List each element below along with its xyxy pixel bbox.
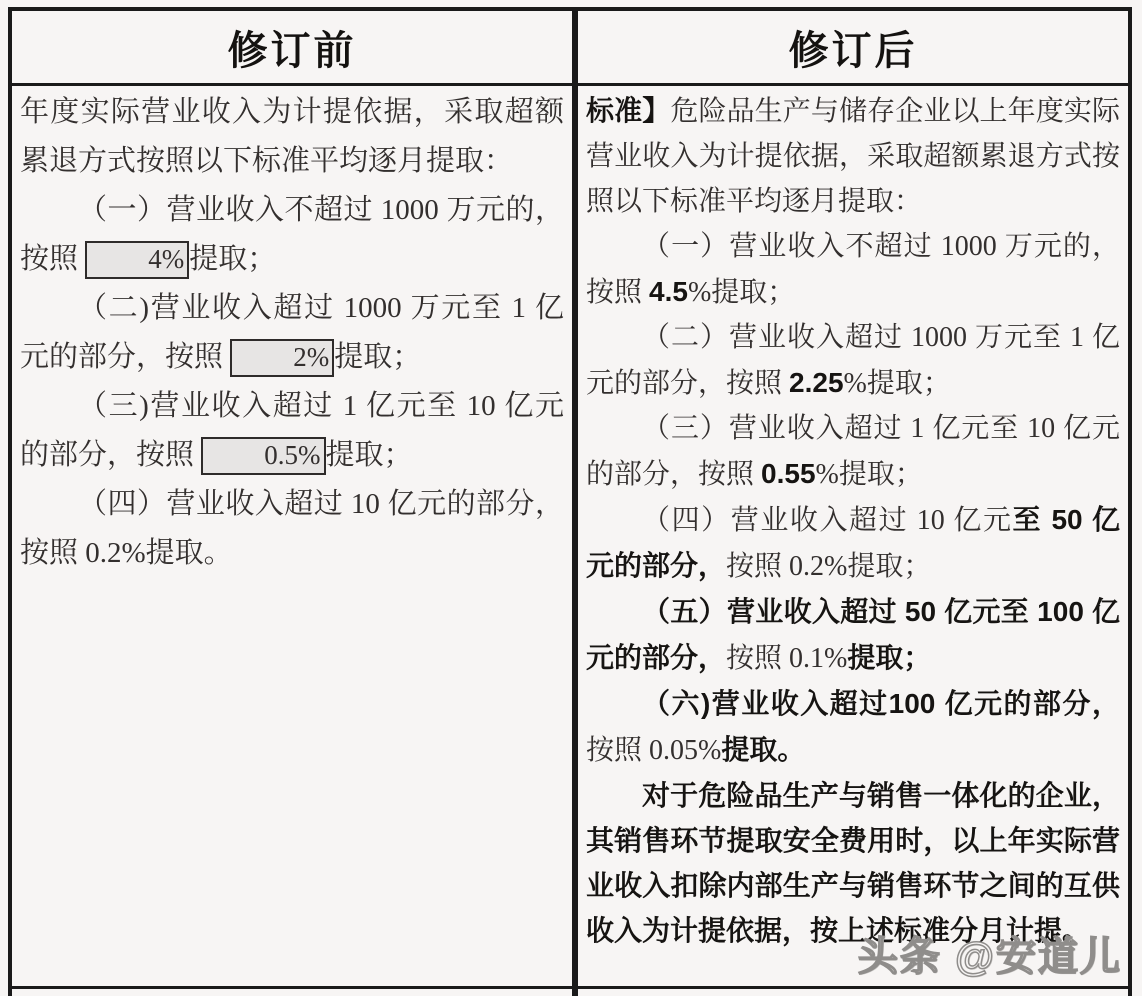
revision-comparison-table: 修订前 修订后 年度实际营业收入为计提依据，采取超额累退方式按照以下标准平均逐月… bbox=[8, 7, 1132, 996]
after-tier-1: （一）营业收入不超过 1000 万元的，按照 4.5%提取； bbox=[586, 224, 1120, 315]
table-header-row: 修订前 修订后 bbox=[12, 11, 1128, 86]
column-header-after: 修订后 bbox=[578, 11, 1128, 83]
after-tier-6-text: 按照 0.05% bbox=[586, 735, 721, 766]
after-tier-2-new-rate: 2.25 bbox=[789, 367, 844, 398]
after-tier-5: （五）营业收入超过 50 亿元至 100 亿元的部分，按照 0.1%提取； bbox=[586, 589, 1120, 681]
after-intro-paragraph: 标准】危险品生产与储存企业以上年度实际营业收入为计提依据，采取超额累退方式按照以… bbox=[586, 88, 1120, 224]
after-tier-4-suffix: 按照 0.2%提取； bbox=[726, 551, 931, 582]
after-tier-2: （二）营业收入超过 1000 万元至 1 亿元的部分，按照 2.25%提取； bbox=[586, 315, 1120, 406]
after-tier-1-suffix: %提取； bbox=[688, 277, 795, 308]
table-body-row: 年度实际营业收入为计提依据，采取超额累退方式按照以下标准平均逐月提取： （一）营… bbox=[12, 86, 1128, 989]
after-tier-4-text: （四）营业收入超过 10 亿元 bbox=[642, 505, 1013, 536]
before-tier-3-suffix: 提取； bbox=[326, 439, 413, 471]
next-row-sliver bbox=[12, 989, 1128, 996]
after-tier-5-text: 按照 0.1% bbox=[726, 643, 847, 674]
column-header-before: 修订前 bbox=[12, 11, 572, 83]
toutiao-watermark: 头条 @安道儿 bbox=[858, 925, 1122, 982]
after-tier-6: （六)营业收入超过100 亿元的部分，按照 0.05%提取。 bbox=[586, 681, 1120, 773]
before-tier-1: （一）营业收入不超过 1000 万元的，按照 4%提取； bbox=[20, 186, 564, 284]
before-intro-paragraph: 年度实际营业收入为计提依据，采取超额累退方式按照以下标准平均逐月提取： bbox=[20, 88, 564, 186]
after-tier-6-new-range: （六)营业收入超过100 亿元的部分， bbox=[642, 688, 1120, 719]
before-tier-2: （二)营业收入超过 1000 万元至 1 亿元的部分，按照 2%提取； bbox=[20, 284, 564, 382]
after-tier-3-suffix: %提取； bbox=[816, 459, 923, 490]
after-tier-3-new-rate: 0.55 bbox=[761, 458, 816, 489]
highlighted-rate-box-4pct: 4% bbox=[85, 241, 189, 279]
after-tier-4: （四）营业收入超过 10 亿元至 50 亿元的部分，按照 0.2%提取； bbox=[586, 497, 1120, 589]
before-tier-2-suffix: 提取； bbox=[334, 341, 421, 373]
before-tier-1-suffix: 提取； bbox=[189, 243, 276, 275]
before-tier-3: （三)营业收入超过 1 亿元至 10 亿元的部分，按照 0.5%提取； bbox=[20, 382, 564, 480]
before-revision-cell: 年度实际营业收入为计提依据，采取超额累退方式按照以下标准平均逐月提取： （一）营… bbox=[12, 86, 572, 986]
after-tier-2-suffix: %提取； bbox=[844, 368, 951, 399]
after-revision-cell: 标准】危险品生产与储存企业以上年度实际营业收入为计提依据，采取超额累退方式按照以… bbox=[578, 86, 1128, 986]
highlighted-rate-box-05pct: 0.5% bbox=[201, 437, 325, 475]
after-intro-bold-prefix: 标准】 bbox=[586, 95, 670, 126]
highlighted-rate-box-2pct: 2% bbox=[230, 339, 334, 377]
before-tier-4: （四）营业收入超过 10 亿元的部分，按照 0.2%提取。 bbox=[20, 480, 564, 578]
after-tier-1-new-rate: 4.5 bbox=[649, 276, 688, 307]
after-tier-3: （三）营业收入超过 1 亿元至 10 亿元的部分，按照 0.55%提取； bbox=[586, 406, 1120, 497]
after-tier-6-suffix: 提取。 bbox=[721, 734, 805, 765]
after-tier-5-suffix: 提取； bbox=[847, 642, 931, 673]
